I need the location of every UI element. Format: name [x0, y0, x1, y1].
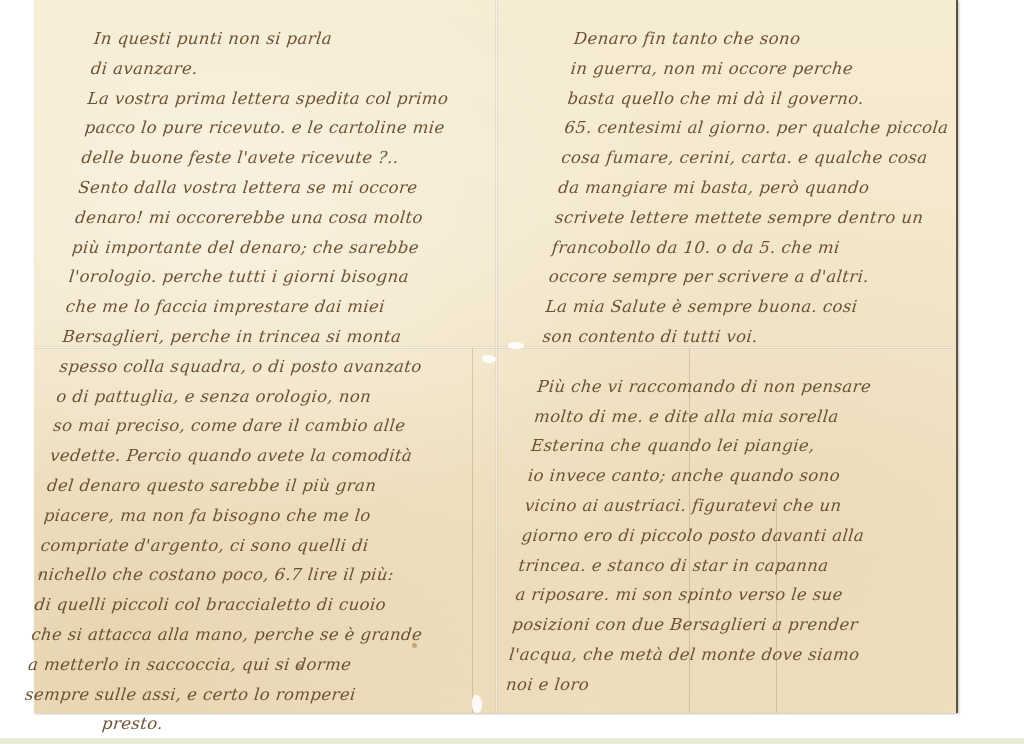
text-line: pacco lo pure ricevuto. e le cartoline m… [83, 113, 506, 143]
text-line: delle buone feste l'avete ricevute ?.. [80, 143, 503, 173]
text-line: da mangiare mi basta, però quando [557, 173, 970, 203]
text-line: vedette. Percio quando avete la comodità [49, 441, 472, 471]
text-line: La vostra prima lettera spedita col prim… [86, 84, 509, 114]
right-page-text: Denaro fin tanto che sono in guerra, non… [504, 24, 985, 700]
text-line: francobollo da 10. o da 5. che mi [550, 233, 963, 263]
text-line: io invece canto; anche quando sono [526, 461, 939, 491]
text-line: compriate d'argento, ci sono quelli di [39, 531, 462, 561]
text-line: in guerra, non mi occore perche [569, 54, 982, 84]
text-line: so mai preciso, come dare il cambio alle [52, 411, 475, 441]
text-line: spesso colla squadra, o di posto avanzat… [58, 352, 481, 382]
text-line: son contento di tutti voi. [541, 322, 954, 352]
text-line: sempre sulle assi, e certo lo romperei [24, 680, 447, 710]
text-line: a metterlo in saccoccia, qui si dorme [27, 650, 450, 680]
text-line: presto. [20, 709, 443, 739]
text-line: posizioni con due Bersaglieri a prender [511, 610, 924, 640]
text-line: piacere, ma non fa bisogno che me lo [42, 501, 465, 531]
text-line: nichello che costano poco, 6.7 lire il p… [36, 560, 459, 590]
text-line: In questi punti non si parla [92, 24, 515, 54]
text-line: Denaro fin tanto che sono [572, 24, 985, 54]
text-line: occore sempre per scrivere a d'altri. [547, 262, 960, 292]
paper-tear [482, 355, 496, 363]
text-line: che si attacca alla mano, perche se è gr… [30, 620, 453, 650]
text-line: cosa fumare, cerini, carta. e qualche co… [560, 143, 973, 173]
text-line: molto di me. e dite alla mia sorella [533, 402, 946, 432]
text-line: del denaro questo sarebbe il più gran [45, 471, 468, 501]
paper-tear [508, 342, 524, 349]
text-line: Sento dalla vostra lettera se mi occore [77, 173, 500, 203]
text-line: giorno ero di piccolo posto davanti alla [520, 521, 933, 551]
text-line: più importante del denaro; che sarebbe [71, 233, 494, 263]
text-line: che me lo faccia imprestare dai miei [64, 292, 487, 322]
text-line: basta quello che mi dà il governo. [566, 84, 979, 114]
text-line: vicino ai austriaci. figuratevi che un [523, 491, 936, 521]
text-line: l'acqua, che metà del monte dove siamo [508, 640, 921, 670]
paper-tear [472, 695, 482, 713]
text-line: trincea. e stanco di star in capanna [517, 551, 930, 581]
text-line: Bersaglieri, perche in trincea si monta [61, 322, 484, 352]
text-line: denaro! mi occorerebbe una cosa molto [74, 203, 497, 233]
text-line: o di pattuglia, e senza orologio, non [55, 382, 478, 412]
left-page-text: In questi punti non si parla di avanzare… [20, 24, 515, 739]
text-line: Più che vi raccomando di non pensare [536, 372, 949, 402]
text-line: scrivete lettere mettete sempre dentro u… [554, 203, 967, 233]
text-line: a riposare. mi son spinto verso le sue [514, 580, 927, 610]
text-line: di quelli piccoli col braccialetto di cu… [33, 590, 456, 620]
text-line: noi e loro [504, 670, 917, 700]
text-line: La mia Salute è sempre buona. cosi [544, 292, 957, 322]
text-line: Esterina che quando lei piangie, [530, 431, 943, 461]
text-line: l'orologio. perche tutti i giorni bisogn… [67, 262, 490, 292]
text-line: 65. centesimi al giorno. per qualche pic… [563, 113, 976, 143]
text-line: di avanzare. [89, 54, 512, 84]
